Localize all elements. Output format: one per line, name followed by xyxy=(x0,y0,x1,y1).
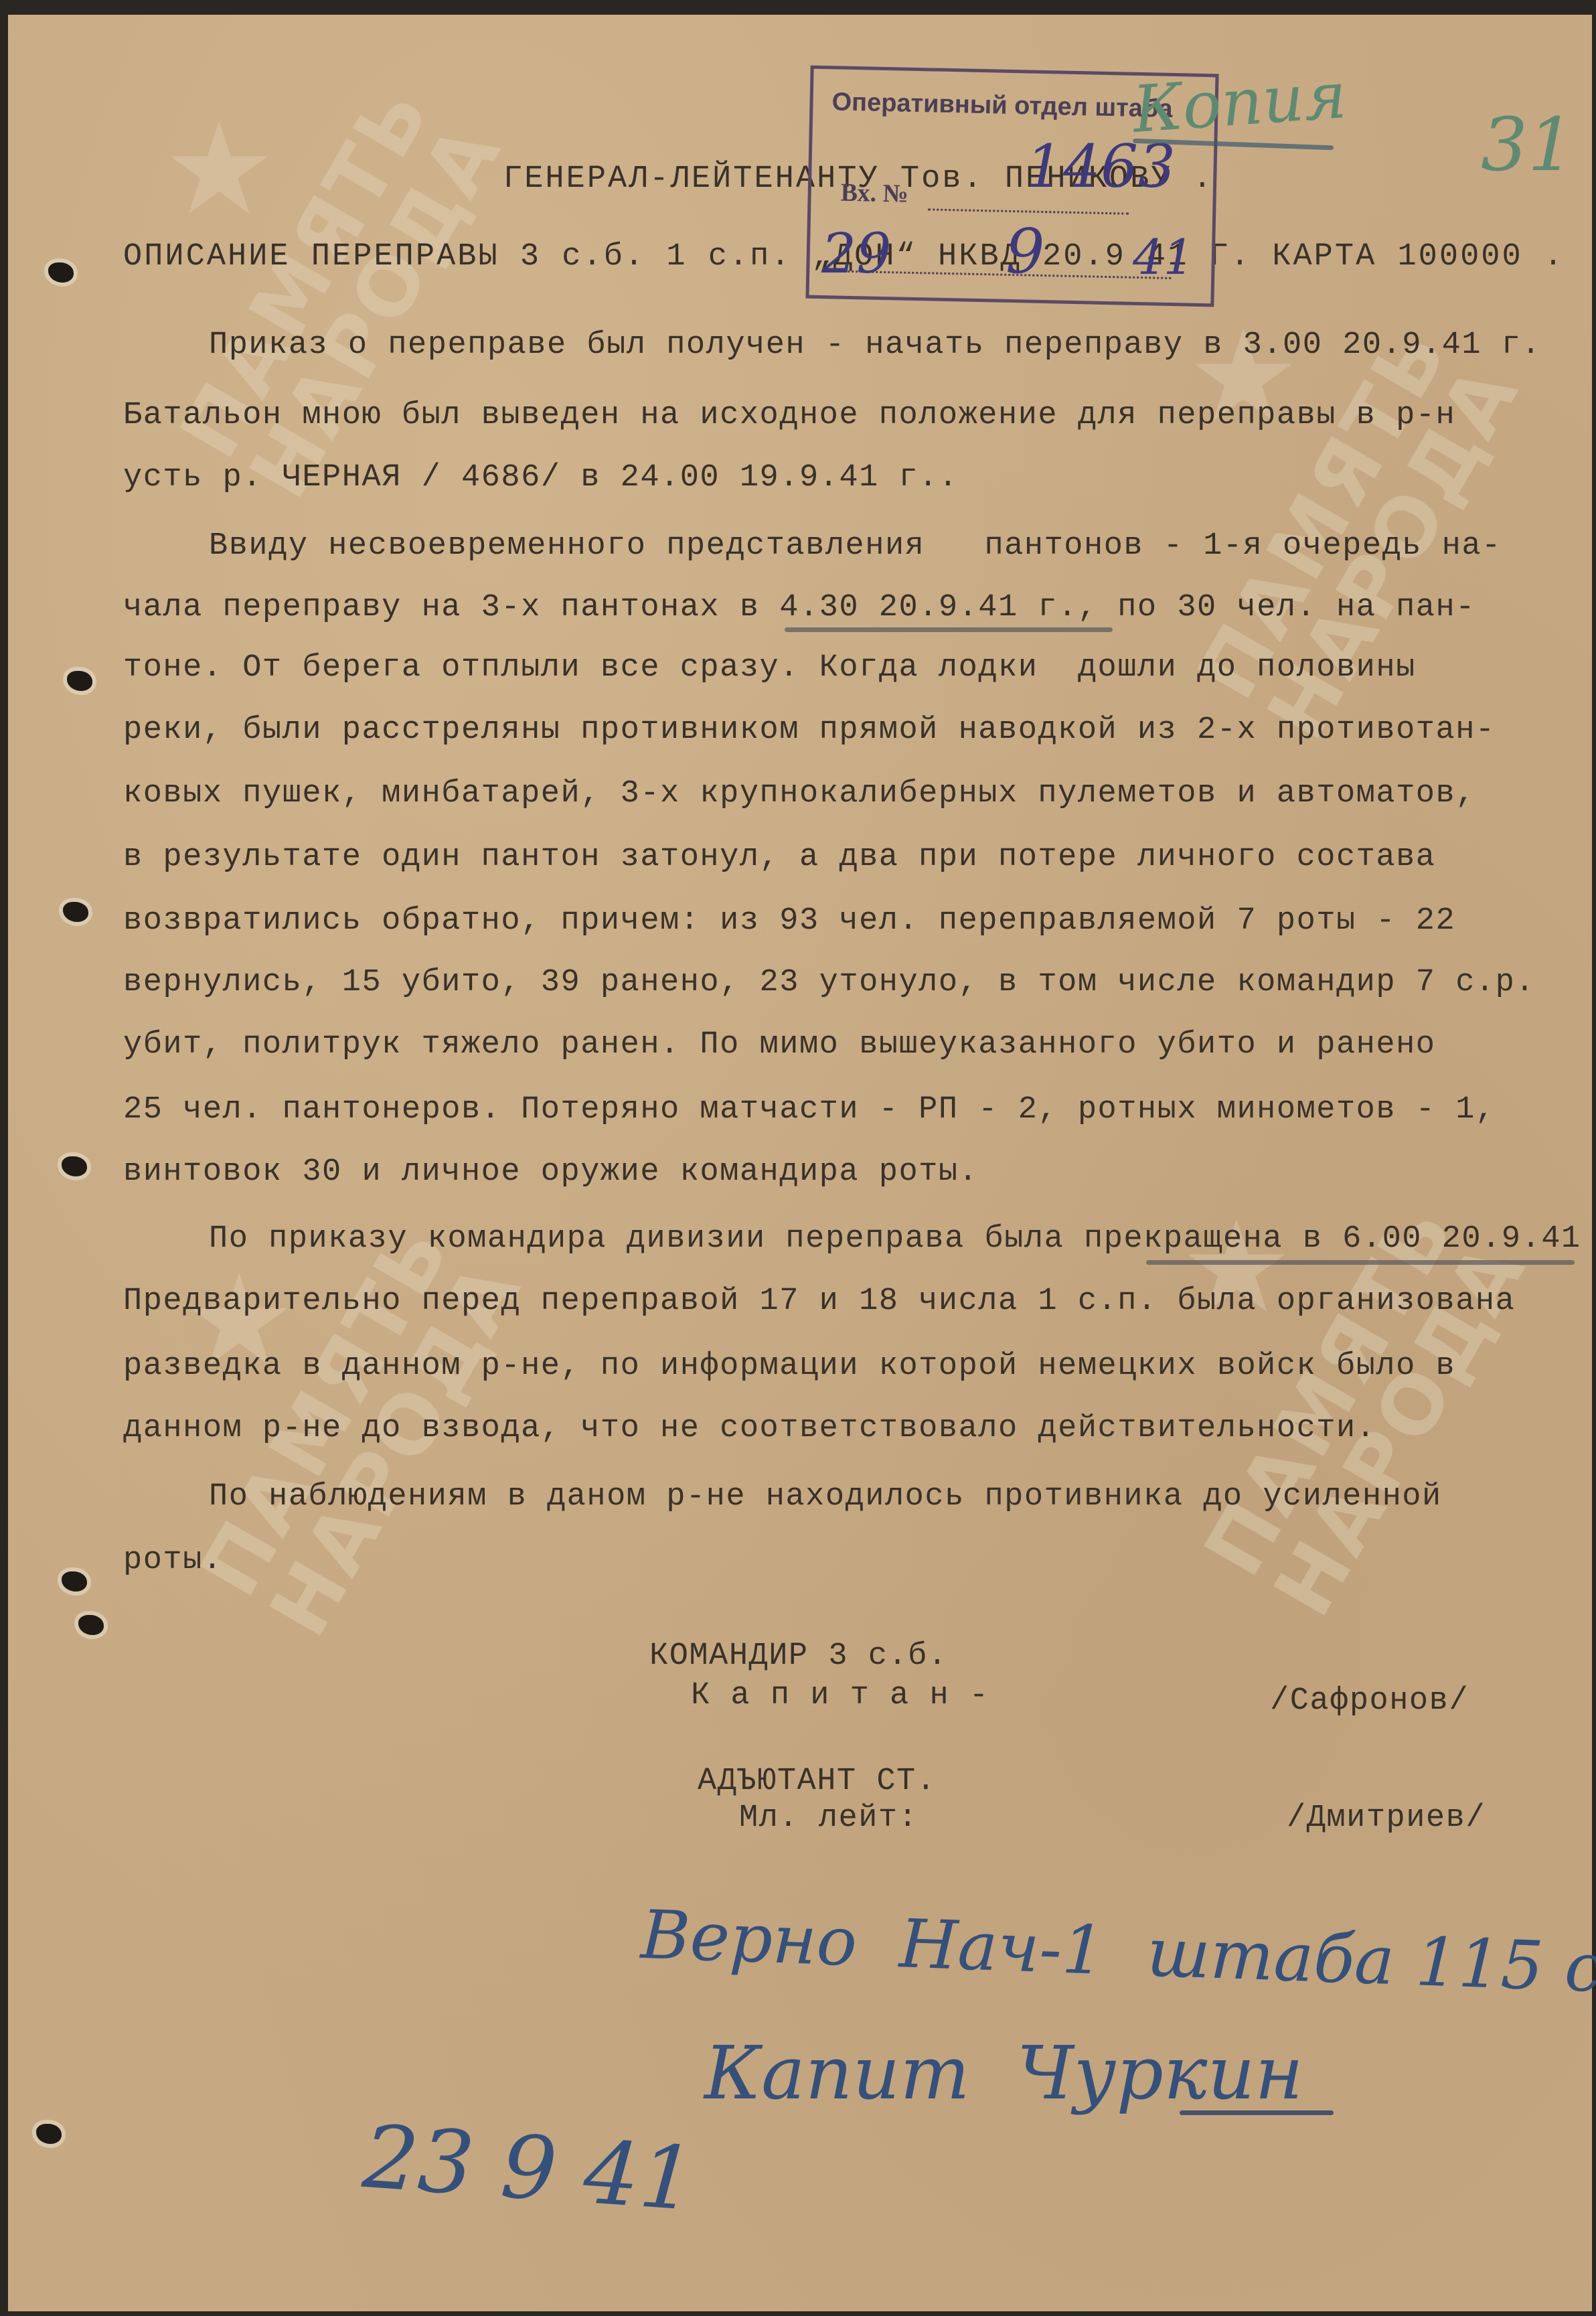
body-line: Ввиду несвоевременного представления пан… xyxy=(209,530,1502,562)
adjutant-rank: Мл. лейт: xyxy=(739,1802,918,1834)
body-line: тоне. От берега отплыли все сразу. Когда… xyxy=(123,652,1416,684)
stamp-date-year: 41 xyxy=(1133,229,1194,285)
punch-hole xyxy=(67,671,92,691)
body-line: ковых пушек, минбатарей, 3-х крупнокалиб… xyxy=(123,778,1475,809)
stamp-date-month: 9 xyxy=(1006,216,1045,287)
body-line: в результате один пантон затонул, а два … xyxy=(123,842,1436,873)
punch-hole xyxy=(62,1571,87,1592)
body-line: усть р. ЧЕРНАЯ / 4686/ в 24.00 19.9.41 г… xyxy=(123,462,959,493)
body-line: возвратились обратно, причем: из 93 чел.… xyxy=(123,905,1455,937)
page-number: 31 xyxy=(1481,102,1575,187)
punch-hole xyxy=(63,902,88,922)
body-line: винтовок 30 и личное оружие командира ро… xyxy=(123,1156,978,1188)
adjutant-name: /Дмитриев/ xyxy=(1287,1802,1486,1834)
body-line: Предварительно перед переправой 17 и 18 … xyxy=(123,1286,1515,1317)
stamp-number-line xyxy=(928,208,1129,214)
body-line: 25 чел. пантонеров. Потеряно матчасти - … xyxy=(123,1094,1496,1126)
punch-hole xyxy=(48,262,74,283)
signature-flourish xyxy=(1180,2110,1334,2115)
pencil-underline xyxy=(785,627,1113,632)
adjutant-title: АДЪЮТАНТ СТ. xyxy=(698,1766,936,1797)
certification-line: Верно Нач-1 штаба 115 сд xyxy=(639,1896,1596,2009)
body-line: чала переправу на 3-х пантонах в 4.30 20… xyxy=(123,592,1475,623)
body-line: вернулись, 15 убито, 39 ранено, 23 утону… xyxy=(123,967,1535,998)
body-line: По наблюдениям в даном р-не находилось п… xyxy=(209,1481,1442,1513)
body-line: убит, политрук тяжело ранен. По мимо выш… xyxy=(123,1029,1436,1061)
document-page: ★ ПАМЯТЬ НАРОДА ★ ПАМЯТЬ НАРОДА ★ ПАМЯТЬ… xyxy=(8,15,1592,2311)
stamp-title: Оперативный отдел штаба xyxy=(831,88,1173,124)
punch-hole xyxy=(62,1156,87,1176)
commander-name: /Сафронов/ xyxy=(1270,1685,1469,1717)
body-line: Приказ о переправе был получен - начать … xyxy=(209,329,1541,361)
watermark-star-icon: ★ xyxy=(162,95,276,243)
body-line: реки, были расстреляны противником прямо… xyxy=(123,714,1496,746)
body-line: разведка в данном р-не, по информации ко… xyxy=(123,1350,1455,1382)
stamp-incoming-label: Вх. № xyxy=(840,178,908,209)
body-line: Батальон мною был выведен на исходное по… xyxy=(123,400,1455,431)
body-line: роты. xyxy=(123,1545,223,1576)
punch-hole xyxy=(36,2124,62,2144)
certification-signature: Капит Чуркин xyxy=(704,2030,1303,2116)
body-line: По приказу командира дивизии переправа б… xyxy=(209,1223,1581,1255)
commander-title: КОМАНДИР 3 с.б. xyxy=(649,1640,948,1672)
copy-annotation: Копия xyxy=(1130,58,1348,147)
commander-rank: К а п и т а н - xyxy=(691,1680,989,1711)
watermark-text: ПАМЯТЬ НАРОДА xyxy=(169,71,515,510)
certification-date: 23 9 41 xyxy=(360,2106,698,2230)
punch-hole xyxy=(78,1615,104,1635)
body-line: данном р-не до взвода, что не соответств… xyxy=(123,1413,1376,1444)
stamp-date-day: 29 xyxy=(821,222,891,286)
pencil-underline xyxy=(1146,1260,1575,1265)
